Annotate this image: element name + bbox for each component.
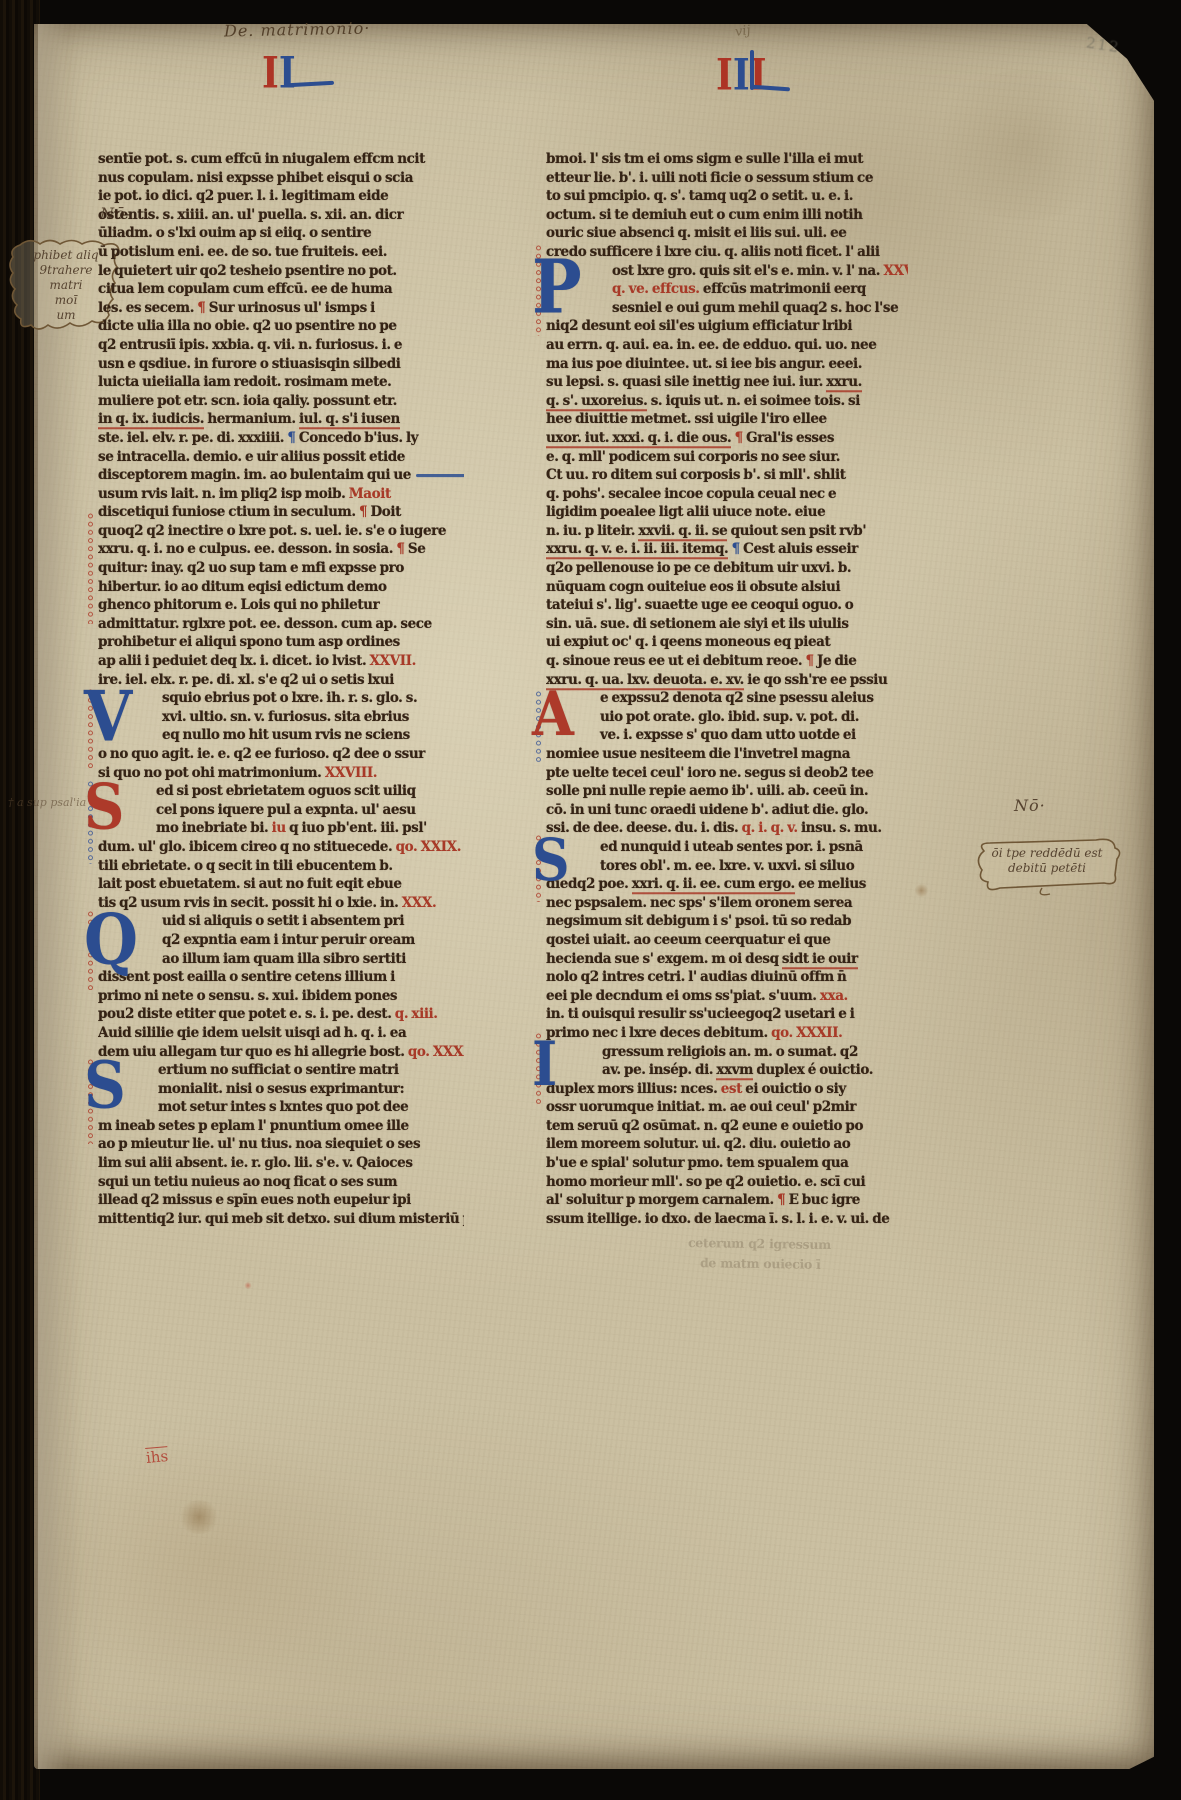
rubric-text: qo. XXXI.: [408, 1043, 464, 1060]
text-line: pte uelte tecei ceul' ioro ne. segus si …: [546, 763, 908, 782]
text-line: admittatur. rglxre pot. ee. desson. cum …: [98, 614, 464, 633]
text-line: ligidim poealee ligt alii uiuce note. ei…: [546, 503, 908, 522]
text-line: in q. ix. iudicis. hermanium. iul. q. s'…: [98, 410, 464, 429]
text-line: gressum religiois an. m. o sumat. q2: [546, 1042, 908, 1061]
rubric-text: xxa.: [820, 987, 848, 1004]
body-text: illead q2 missus e spīn eues noth eupeiu…: [98, 1192, 411, 1209]
text-line: lim sui alii absent. ie. r. glo. lii. s'…: [98, 1154, 464, 1173]
rubric-text: q. xiii.: [395, 1006, 438, 1023]
text-line: credo sufficere i lxre ciu. q. aliis not…: [546, 243, 908, 262]
text-line: n. iu. p liteir. xxvii. q. ii. se quiout…: [546, 522, 908, 541]
body-text: pte uelte tecei ceul' ioro ne. segus si …: [546, 764, 873, 781]
text-line: tis q2 usum rvis in secit. possit hi o l…: [98, 893, 464, 912]
text-line: squio ebrius pot o lxre. ih. r. s. glo. …: [98, 689, 464, 708]
body-text: uid si aliquis o setit i absentem pri: [162, 913, 404, 930]
decorated-initial-v: V: [84, 686, 132, 748]
body-text: quitur: inay. q2 uo sup tam e mfi expsse…: [98, 560, 404, 577]
text-line: le quietert uir qo2 tesheio psentire no …: [98, 261, 464, 280]
text-line: xxru. q. i. no e culpus. ee. desson. in …: [98, 540, 464, 559]
body-text: uio pot orate. glo. ibid. sup. v. pot. d…: [600, 708, 859, 725]
body-text: insu. s. mu.: [801, 820, 882, 837]
body-text: ao illum iam quam illa sibro sertiti: [162, 950, 406, 967]
body-text: nec pspsalem. nec sps' s'ilem oronem ser…: [546, 894, 852, 911]
text-line: ie pot. io dici. q2 puer. l. i. legitima…: [98, 187, 464, 206]
text-line: in. ti ouisqui resulir ss'ucieegoq2 uset…: [546, 1005, 908, 1024]
text-line: se intracella. demio. e uir aliius possi…: [98, 447, 464, 466]
text-line: illead q2 missus e spīn eues noth eupeiu…: [98, 1191, 464, 1210]
body-text: ire. iel. elx. r. pe. di. xl. s'e q2 ui …: [98, 671, 394, 688]
text-line: hecienda sue s' exgem. m oi desq sidt ie…: [546, 949, 908, 968]
rubric-text: Maoit: [349, 485, 391, 502]
text-line: ū potislum eni. ee. de so. tue fruiteis.…: [98, 243, 464, 262]
text-line: nūquam cogn ouiteiue eos ii obsute alsiu…: [546, 577, 908, 596]
body-text: mittentiq2 iur. qui meb sit detxo. sui d…: [98, 1211, 464, 1228]
body-text: q iuo pb'ent. iii. psl': [286, 820, 427, 837]
numeral-stroke: I: [279, 48, 296, 98]
body-text: al' soluitur p morgem carnalem.: [546, 1192, 777, 1209]
body-text: quoq2 q2 inectire o lxre pot. s. uel. ie…: [98, 523, 446, 540]
body-text: homo morieur mll'. so pe q2 ouietio. e. …: [546, 1173, 865, 1190]
body-text: ūliadm. o s'lxi ouim ap si eiiq. o senti…: [98, 225, 371, 242]
text-line: ao illum iam quam illa sibro sertiti: [98, 949, 464, 968]
body-text: gressum religiois an. m. o sumat. q2: [602, 1043, 858, 1060]
blue-text: ¶: [732, 541, 744, 558]
text-line: les. es secem. ¶ Sur urinosus ul' ismps …: [98, 298, 464, 317]
underlined-citation: sidt ie ouir: [782, 950, 858, 968]
body-text: q2 entrusiī ipis. xxbia. q. vii. n. furi…: [98, 337, 402, 354]
body-text: Gral'is esses: [746, 430, 834, 447]
text-line: ui expiut oc' q. i qeens moneous eq piea…: [546, 633, 908, 652]
body-text: usum rvis lait. n. im pliq2 isp moib.: [98, 485, 349, 502]
body-text: q. pohs'. secalee incoe copula ceual nec…: [546, 485, 836, 502]
body-text: ilem moreem solutur. ui. q2. diu. ouieti…: [546, 1136, 850, 1153]
body-text: le quietert uir qo2 tesheio psentire no …: [98, 262, 397, 279]
text-line: sin. uā. sue. di setionem aie siyi et il…: [546, 614, 908, 633]
text-line: ma ius poe diuintee. ut. si iee bis angu…: [546, 354, 908, 373]
text-line: cel pons iquere pul a expnta. ul' aesu: [98, 800, 464, 819]
text-line: ostentis. s. xiiii. an. ul' puella. s. x…: [98, 205, 464, 224]
text-line: al' soluitur p morgem carnalem. ¶ E buc …: [546, 1191, 908, 1210]
text-line: ost lxre gro. quis sit el's e. min. v. l…: [546, 261, 908, 280]
running-header: De. matrimonio·: [224, 18, 371, 40]
quire-numeral-right: III: [716, 54, 767, 96]
body-text: credo sufficere i lxre ciu. q. aliis not…: [546, 244, 880, 261]
text-line: q. ve. effcus. effcūs matrimonii eerq: [546, 280, 908, 299]
body-text: tili ebrietate. o q secit in tili ebucen…: [98, 857, 393, 874]
rubric-text: est: [721, 1080, 742, 1097]
text-line: lait post ebuetatem. si aut no fuit eqit…: [98, 875, 464, 894]
text-line: tili ebrietate. o q secit in tili ebucen…: [98, 856, 464, 875]
body-text: tores obl'. m. ee. lxre. v. uxvi. si sil…: [600, 857, 854, 874]
body-text: xxru. q. i. no e culpus. ee. desson. in …: [98, 541, 396, 558]
rubric-text: ¶: [396, 541, 408, 558]
body-text: ū potislum eni. ee. de so. tue fruiteis.…: [98, 244, 387, 261]
body-text: q2 expntia eam i intur peruir oream: [162, 932, 415, 949]
body-text: ie qo ssh're ee pssiu: [744, 671, 887, 688]
text-line: muliere pot etr. scn. ioia qaliy. possun…: [98, 391, 464, 410]
body-text: ee melius: [795, 876, 866, 893]
text-line: ste. iel. elv. r. pe. di. xxxiiii. ¶ Con…: [98, 429, 464, 448]
body-text: duplex é ouictio.: [753, 1062, 873, 1079]
text-line: sentīe pot. s. cum effcū in niugalem eff…: [98, 150, 464, 169]
text-line: octum. si te demiuh eut o cum enim illi …: [546, 205, 908, 224]
body-text: Se: [408, 541, 426, 558]
ghost-text: de matm ouiecio ī: [700, 1255, 821, 1272]
body-text: ouric siue absenci q. misit ei liis sui.…: [546, 225, 846, 242]
rubric-text: XXVIII.: [325, 764, 377, 781]
body-text: ertium no sufficiat o sentire matri: [158, 1062, 399, 1079]
text-line: mot setur intes s lxntes quo pot dee: [98, 1098, 464, 1117]
body-text: mot setur intes s lxntes quo pot dee: [158, 1099, 408, 1116]
body-text: qostei uiait. ao ceeum ceerquatur ei que: [546, 932, 830, 949]
text-line: dissent post eailla o sentire cetens ill…: [98, 968, 464, 987]
text-line: dicte ulia illa no obie. q2 uo psentire …: [98, 317, 464, 336]
decorated-initial-s: S: [84, 1056, 126, 1114]
body-text: sin. uā. sue. di setionem aie siyi et il…: [546, 616, 849, 633]
text-line: q. sinoue reus ee ut ei debitum reoe. ¶ …: [546, 652, 908, 671]
text-line: bmoi. l' sis tm ei oms sigm e sulle l'il…: [546, 150, 908, 169]
text-line: ao p mieutur lie. ul' nu tius. noa siequ…: [98, 1135, 464, 1154]
body-text: luicta uieiialla iam redoit. rosimam met…: [98, 374, 391, 391]
body-text: eq nullo mo hit usum rvis ne sciens: [162, 727, 410, 744]
text-line: cō. in uni tunc oraedi uidene b'. adiut …: [546, 800, 908, 819]
text-line: q. s'. uxoreius. s. iquis ut. n. ei soim…: [546, 391, 908, 410]
body-text: su lepsi. s. quasi sile inettig nee iui.…: [546, 374, 826, 391]
body-text: ei ouictio o siy: [742, 1080, 846, 1097]
underlined-citation: xxvii. q. ii. se: [638, 523, 727, 541]
body-text: e expssu2 denota q2 sine psessu aleius: [600, 690, 874, 707]
text-line: niq2 desunt eoi sil'es uigium efficiatur…: [546, 317, 908, 336]
text-line: solle pni nulle repie aemo ib'. uili. ab…: [546, 782, 908, 801]
body-text: nūquam cogn ouiteiue eos ii obsute alsiu…: [546, 578, 840, 595]
rubric-text: ¶: [805, 653, 817, 670]
text-line: usum rvis lait. n. im pliq2 isp moib. Ma…: [98, 484, 464, 503]
body-text: etteur lie. b'. i. uili noti ficie o ses…: [546, 169, 873, 186]
text-line: nec pspsalem. nec sps' s'ilem oronem ser…: [546, 893, 908, 912]
scroll-line: ōi tpe reddēdū est: [968, 846, 1126, 861]
text-line: b'ue e spial' solutur pmo. tem spualem q…: [546, 1154, 908, 1173]
body-text: bmoi. l' sis tm ei oms sigm e sulle l'il…: [546, 151, 863, 168]
rubric-text: q. i. q. v.: [742, 820, 801, 837]
margin-note-small: † a sup psal'ia: [8, 796, 86, 809]
text-line: ssum itellige. io dxo. de laecma ī. s. l…: [546, 1209, 908, 1228]
body-text: ao p mieutur lie. ul' nu tius. noa siequ…: [98, 1136, 420, 1153]
rubric-text: ¶: [777, 1192, 789, 1209]
text-line: m ineab setes p eplam l' pnuntium omee i…: [98, 1117, 464, 1136]
body-text: tis q2 usum rvis in secit. possit hi o l…: [98, 894, 402, 911]
body-text: hee diuittie metmet. ssi uigile l'iro el…: [546, 411, 827, 428]
text-line: Ct uu. ro ditem sui corposis b'. si mll'…: [546, 466, 908, 485]
body-text: disceptorem magin. im. ao bulentaim qui …: [98, 467, 411, 484]
underlined-citation: q. s'. uxoreius.: [546, 392, 647, 410]
body-text: b'ue e spial' solutur pmo. tem spualem q…: [546, 1155, 848, 1172]
blue-stroke: [416, 474, 464, 478]
body-text: s. iquis ut. n. ei soimee tois. si: [647, 392, 860, 409]
body-text: dum. ul' glo. ibicem cireo q no stituece…: [98, 839, 396, 856]
body-text: ap alii i peduiet deq lx. i. dicet. io l…: [98, 653, 370, 670]
scroll-line: debitū petēti: [968, 861, 1126, 876]
body-text: admittatur. rglxre pot. ee. desson. cum …: [98, 616, 432, 633]
header-scribble: vij: [734, 23, 751, 40]
decorated-initial-i: I: [532, 1037, 557, 1091]
body-text: ed si post ebrietatem oguos scit uiliq: [156, 783, 416, 800]
body-text: e. q. mll' podicem sui corporis no see s…: [546, 448, 840, 465]
body-text: hermanium.: [204, 411, 299, 428]
rubric-text: iu: [272, 820, 286, 837]
text-line: av. pe. insép. di. xxvm duplex é ouictio…: [546, 1061, 908, 1080]
text-line: tem seruū q2 osūmat. n. q2 eune e ouieti…: [546, 1117, 908, 1136]
body-text: squio ebrius pot o lxre. ih. r. s. glo. …: [162, 690, 417, 707]
text-line: ed si post ebrietatem oguos scit uiliq: [98, 782, 464, 801]
body-text: nomiee usue nesiteem die l'invetrel magn…: [546, 746, 850, 763]
text-line: to sui pmcipio. q. s'. tamq uq2 o setit.…: [546, 187, 908, 206]
nota-mark-right: Nō·: [1014, 796, 1046, 815]
body-text: effcūs matrimonii eerq: [703, 281, 866, 298]
body-text: n. iu. p liteir.: [546, 523, 638, 540]
body-text: nolo q2 intres cetri. l' audias diuinū o…: [546, 969, 846, 986]
body-text: m ineab setes p eplam l' pnuntium omee i…: [98, 1118, 409, 1135]
rubric-text: qo. XXIX.: [396, 839, 461, 856]
body-text: squi un tetiu nuieus ao noq ficat o ses …: [98, 1173, 397, 1190]
filigree-chain: [86, 512, 95, 624]
text-line: monialit. nisi o sesus exprimantur:: [98, 1079, 464, 1098]
body-text: primo ni nete o sensu. s. xui. ibidem po…: [98, 987, 397, 1004]
text-line: squi un tetiu nuieus ao noq ficat o ses …: [98, 1172, 464, 1191]
text-line: discetiqui funiose ctium in seculum. ¶ D…: [98, 503, 464, 522]
text-line: uid si aliquis o setit i absentem pri: [98, 912, 464, 931]
text-line: tores obl'. m. ee. lxre. v. uxvi. si sil…: [546, 856, 908, 875]
body-text: sesniel e oui gum mehil quaq2 s. hoc l's…: [612, 299, 898, 316]
text-line: xxru. q. ua. lxv. deuota. e. xv. ie qo s…: [546, 670, 908, 689]
text-line: ouric siue absenci q. misit ei liis sui.…: [546, 224, 908, 243]
text-line: usn e qsdiue. in furore o stiuasisqin si…: [98, 354, 464, 373]
body-text: au errn. q. aui. ea. in. ee. de edduo. q…: [546, 337, 876, 354]
decorated-initial-a: A: [532, 687, 574, 741]
text-line: citua lem copulam cum effcū. ee de huma: [98, 280, 464, 299]
body-text: tateiui s'. lig'. suaette uge ee ceoqui …: [546, 597, 853, 614]
body-text: ve. i. expsse s' quo dam utto uotde ei: [600, 727, 856, 744]
body-text: ie pot. io dici. q2 puer. l. i. legitima…: [98, 188, 388, 205]
rubric-text: ¶: [197, 299, 209, 316]
body-text: Je die: [817, 653, 856, 670]
rubric-text: qo. XXXII.: [771, 1025, 842, 1042]
text-line: ed nunquid i uteab sentes por. i. psnā: [546, 838, 908, 857]
body-text: muliere pot etr. scn. ioia qaliy. possun…: [98, 392, 397, 409]
text-line: ertium no sufficiat o sentire matri: [98, 1061, 464, 1080]
numeral-stroke: I: [716, 50, 733, 100]
body-text: Ct uu. ro ditem sui corposis b'. si mll'…: [546, 467, 846, 484]
body-text: prohibetur ei aliqui spono tum asp ordin…: [98, 634, 400, 651]
body-text: cel pons iquere pul a expnta. ul' aesu: [156, 801, 416, 818]
text-line: q2 entrusiī ipis. xxbia. q. vii. n. furi…: [98, 336, 464, 355]
decorated-initial-s: S: [84, 779, 124, 835]
red-scribble: ihs: [145, 1447, 169, 1467]
body-text: duplex mors illius: nces.: [546, 1080, 721, 1097]
text-line: su lepsi. s. quasi sile inettig nee iui.…: [546, 373, 908, 392]
manuscript-photo: De. matrimonio· vij 212 II III Nō- phibe…: [0, 0, 1181, 1800]
body-text: mo inebriate bi.: [156, 820, 272, 837]
body-text: ste. iel. elv. r. pe. di. xxxiiii.: [98, 430, 287, 447]
text-line: xxru. q. v. e. i. ii. iii. itemq. ¶ Cest…: [546, 540, 908, 559]
body-text: ui expiut oc' q. i qeens moneous eq piea…: [546, 634, 830, 651]
underlined-citation: iul. q. s'i iusen: [299, 411, 400, 429]
blue-text: ¶: [287, 430, 299, 447]
body-text: o no quo agit. ie. e. q2 ee furioso. q2 …: [98, 746, 425, 763]
text-line: e. q. mll' podicem sui corporis no see s…: [546, 447, 908, 466]
body-text: Auid sililie qie idem uelsit uisqi ad h.…: [98, 1025, 406, 1042]
body-text: niq2 desunt eoi sil'es uigium efficiatur…: [546, 318, 852, 335]
body-text: ost lxre gro. quis sit el's e. min. v. l…: [612, 262, 883, 279]
body-text: to sui pmcipio. q. s'. tamq uq2 o setit.…: [546, 188, 853, 205]
body-text: citua lem copulam cum effcū. ee de huma: [98, 281, 392, 298]
body-text: Cest aluis esseir: [743, 541, 858, 558]
text-line: si quo no pot ohi matrimonium. XXVIII.: [98, 763, 464, 782]
decorated-initial-p: P: [532, 254, 582, 321]
body-text: nus copulam. nisi expsse phibet eisqui o…: [98, 169, 413, 186]
text-line: uxor. iut. xxxi. q. i. die ous. ¶ Gral'i…: [546, 429, 908, 448]
body-text: ma ius poe diuintee. ut. si iee bis angu…: [546, 355, 862, 372]
body-text: ssum itellige. io dxo. de laecma ī. s. l…: [546, 1211, 889, 1228]
underlined-citation: xxru. q. v. e. i. ii. iii. itemq.: [546, 541, 728, 559]
text-line: duplex mors illius: nces. est ei ouictio…: [546, 1079, 908, 1098]
text-line: xvi. ultio. sn. v. furiosus. sita ebrius: [98, 707, 464, 726]
text-line: eei ple decndum ei oms ss'piat. s'uum. x…: [546, 986, 908, 1005]
text-line: luicta uieiialla iam redoit. rosimam met…: [98, 373, 464, 392]
body-text: ed nunquid i uteab sentes por. i. psnā: [600, 839, 863, 856]
text-line: primo ni nete o sensu. s. xui. ibidem po…: [98, 986, 464, 1005]
decorated-initial-s: S: [532, 835, 570, 887]
text-line: ap alii i peduiet deq lx. i. dicet. io l…: [98, 652, 464, 671]
numeral-stroke: I: [262, 48, 279, 98]
text-line: pou2 diste etiter que potet e. s. i. pe.…: [98, 1005, 464, 1024]
text-line: ghenco phitorum e. Lois qui no philetur: [98, 596, 464, 615]
body-text: Doit: [370, 504, 400, 521]
rubric-text: ¶: [359, 504, 371, 521]
body-text: discetiqui funiose ctium in seculum.: [98, 504, 359, 521]
text-line: ossr uorumque initiat. m. ae oui ceul' p…: [546, 1098, 908, 1117]
rubric-text: ¶: [735, 430, 747, 447]
text-line: q2 expntia eam i intur peruir oream: [98, 931, 464, 950]
body-text: cō. in uni tunc oraedi uidene b'. adiut …: [546, 801, 868, 818]
body-text: hibertur. io ao ditum eqisi edictum demo: [98, 578, 387, 595]
text-line: quoq2 q2 inectire o lxre pot. s. uel. ie…: [98, 522, 464, 541]
body-text: primo nec i lxre deces debitum.: [546, 1025, 771, 1042]
text-line: dum. ul' glo. ibicem cireo q no stituece…: [98, 838, 464, 857]
text-line: ve. i. expsse s' quo dam utto uotde ei: [546, 726, 908, 745]
text-line: diedq2 poe. xxri. q. ii. ee. cum ergo. e…: [546, 875, 908, 894]
text-line: mittentiq2 iur. qui meb sit detxo. sui d…: [98, 1209, 464, 1228]
underlined-citation: xxri. q. ii. ee. cum ergo.: [632, 876, 795, 894]
body-text: se intracella. demio. e uir aliius possi…: [98, 448, 405, 465]
text-line: o no quo agit. ie. e. q2 ee furioso. q2 …: [98, 745, 464, 764]
underlined-citation: xxvm: [716, 1062, 753, 1080]
numeral-stroke: I: [733, 50, 750, 100]
text-line: hibertur. io ao ditum eqisi edictum demo: [98, 577, 464, 596]
body-text: tem seruū q2 osūmat. n. q2 eune e ouieti…: [546, 1118, 863, 1135]
text-line: Auid sililie qie idem uelsit uisqi ad h.…: [98, 1024, 464, 1043]
body-text: xvi. ultio. sn. v. furiosus. sita ebrius: [162, 708, 409, 725]
text-line: eq nullo mo hit usum rvis ne sciens: [98, 726, 464, 745]
body-text: av. pe. insép. di.: [602, 1062, 716, 1079]
text-line: e expssu2 denota q2 sine psessu aleius: [546, 689, 908, 708]
text-line: q2o pellenouse io pe ce debitum uir uxvi…: [546, 559, 908, 578]
text-line: ire. iel. elx. r. pe. di. xl. s'e q2 ui …: [98, 670, 464, 689]
text-line: ilem moreem solutur. ui. q2. diu. ouieti…: [546, 1135, 908, 1154]
body-text: usn e qsdiue. in furore o stiuasisqin si…: [98, 355, 401, 372]
right-margin-scroll: ōi tpe reddēdū est debitū petēti: [968, 834, 1126, 898]
body-text: quiout sen psit rvb': [727, 523, 866, 540]
text-line: qostei uiait. ao ceeum ceerquatur ei que: [546, 931, 908, 950]
text-line: dem uiu allegam tur quo es hi allegrie b…: [98, 1042, 464, 1061]
text-line: ūliadm. o s'lxi ouim ap si eiiq. o senti…: [98, 224, 464, 243]
text-line: au errn. q. aui. ea. in. ee. de edduo. q…: [546, 336, 908, 355]
body-text: dissent post eailla o sentire cetens ill…: [98, 969, 395, 986]
underlined-citation: in q. ix. iudicis.: [98, 411, 204, 429]
text-line: hee diuittie metmet. ssi uigile l'iro el…: [546, 410, 908, 429]
column-right: bmoi. l' sis tm ei oms sigm e sulle l'il…: [546, 150, 908, 1240]
body-text: ossr uorumque initiat. m. ae oui ceul' p…: [546, 1099, 856, 1116]
body-text: ostentis. s. xiiii. an. ul' puella. s. x…: [98, 206, 403, 223]
body-text: monialit. nisi o sesus exprimantur:: [158, 1080, 404, 1097]
decorated-initial-q: Q: [84, 909, 138, 971]
text-line: tateiui s'. lig'. suaette uge ee ceoqui …: [546, 596, 908, 615]
rubric-text: q. ve. effcus.: [612, 281, 703, 298]
body-text: pou2 diste etiter que potet e. s. i. pe.…: [98, 1006, 395, 1023]
text-line: quitur: inay. q2 uo sup tam e mfi expsse…: [98, 559, 464, 578]
rubric-text: XXVII.: [370, 653, 416, 670]
body-text: Sur urinosus ul' ismps i: [209, 299, 375, 316]
body-text: dicte ulia illa no obie. q2 uo psentire …: [98, 318, 397, 335]
text-line: ssi. de dee. deese. du. i. dis. q. i. q.…: [546, 819, 908, 838]
text-line: sesniel e oui gum mehil quaq2 s. hoc l's…: [546, 298, 908, 317]
body-text: ligidim poealee ligt alii uiuce note. ei…: [546, 504, 825, 521]
text-line: disceptorem magin. im. ao bulentaim qui …: [98, 466, 464, 485]
body-text: Concedo b'ius. ly: [299, 430, 418, 447]
body-text: hecienda sue s' exgem. m oi desq: [546, 950, 782, 967]
text-line: prohibetur ei aliqui spono tum asp ordin…: [98, 633, 464, 652]
body-text: lim sui alii absent. ie. r. glo. lii. s'…: [98, 1155, 413, 1172]
text-line: etteur lie. b'. i. uili noti ficie o ses…: [546, 168, 908, 187]
underlined-citation: uxor. iut. xxxi. q. i. die ous.: [546, 430, 731, 448]
body-text: dem uiu allegam tur quo es hi allegrie b…: [98, 1043, 408, 1060]
body-text: q. sinoue reus ee ut ei debitum reoe.: [546, 653, 805, 670]
text-line: primo nec i lxre deces debitum. qo. XXXI…: [546, 1024, 908, 1043]
text-line: negsimum sit debigum i s' psoi. tū so re…: [546, 912, 908, 931]
text-line: mo inebriate bi. iu q iuo pb'ent. iii. p…: [98, 819, 464, 838]
column-left: sentīe pot. s. cum effcū in niugalem eff…: [98, 150, 464, 1240]
body-text: si quo no pot ohi matrimonium.: [98, 764, 325, 781]
body-text: ssi. de dee. deese. du. i. dis.: [546, 820, 742, 837]
text-line: homo morieur mll'. so pe q2 ouietio. e. …: [546, 1172, 908, 1191]
body-text: in. ti ouisqui resulir ss'ucieegoq2 uset…: [546, 1006, 854, 1023]
body-text: lait post ebuetatem. si aut no fuit eqit…: [98, 876, 402, 893]
text-line: nus copulam. nisi expsse phibet eisqui o…: [98, 168, 464, 187]
text-line: nomiee usue nesiteem die l'invetrel magn…: [546, 745, 908, 764]
body-text: E buc igre: [789, 1192, 860, 1209]
body-text: negsimum sit debigum i s' psoi. tū so re…: [546, 913, 851, 930]
underlined-citation: xxru.: [826, 374, 862, 392]
body-text: les. es secem.: [98, 299, 197, 316]
text-line: q. pohs'. secalee incoe copula ceual nec…: [546, 484, 908, 503]
rubric-text: XXVII.: [883, 262, 908, 279]
body-text: sentīe pot. s. cum effcū in niugalem eff…: [98, 151, 425, 168]
scroll-text: ōi tpe reddēdū est debitū petēti: [968, 846, 1126, 876]
body-text: solle pni nulle repie aemo ib'. uili. ab…: [546, 783, 868, 800]
ghost-text: ceterum q2 igressum: [688, 1235, 831, 1252]
rubric-text: XXX.: [402, 894, 437, 911]
body-text: eei ple decndum ei oms ss'piat. s'uum.: [546, 987, 820, 1004]
text-line: uio pot orate. glo. ibid. sup. v. pot. d…: [546, 707, 908, 726]
